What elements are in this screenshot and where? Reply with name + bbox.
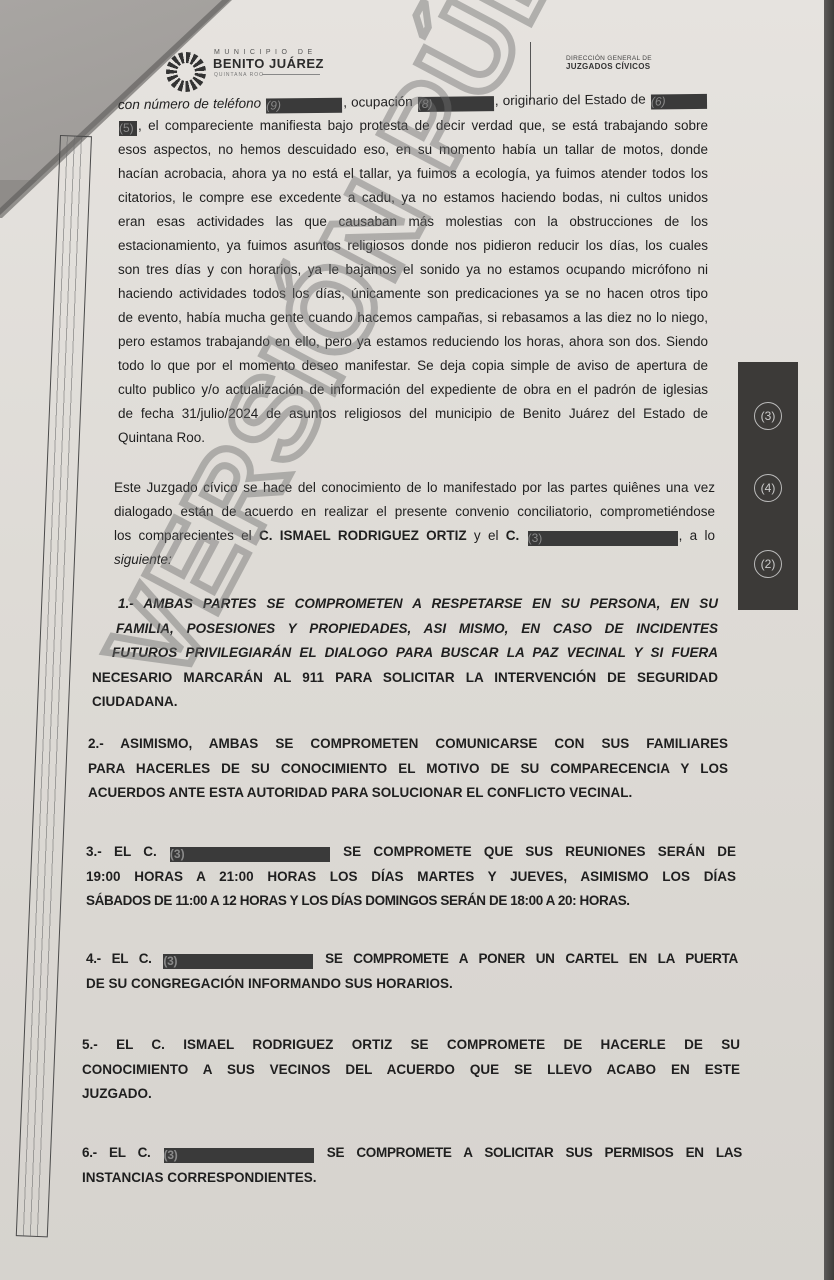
statement-line: hacían acrobacia, ahora ya no está el ta… <box>118 162 708 186</box>
clause-line: CONOCIMIENTO A SUS VECINOS DEL ACUERDO Q… <box>82 1058 740 1083</box>
clause-line: DE SU CONGREGACIÓN INFORMANDO SUS HORARI… <box>86 972 738 997</box>
redaction-party-two: (3) <box>528 531 678 546</box>
statement-line: todo lo que por el momento deseo manifes… <box>118 354 708 378</box>
clause-2: 2.- ASIMISMO, AMBAS SE COMPROMETEN COMUN… <box>88 732 728 806</box>
redaction-name: (3) <box>164 1148 314 1163</box>
margin-mark: (4) <box>754 474 782 502</box>
redaction-origin: (5) <box>119 121 137 136</box>
clause-line: INSTANCIAS CORRESPONDIENTES. <box>82 1166 742 1191</box>
redaction-name: (3) <box>163 954 313 969</box>
clause-line: 5.- EL C. ISMAEL RODRIGUEZ ORTIZ SE COMP… <box>82 1033 740 1058</box>
department-prefix: DIRECCIÓN GENERAL DE <box>566 55 652 62</box>
clause-line: ACUERDOS ANTE ESTA AUTORIDAD PARA SOLUCI… <box>88 781 728 806</box>
clause-line: 6.- EL C. (3) SE COMPROMETE A SOLICITAR … <box>82 1141 742 1166</box>
margin-redaction-block: (3) (4) (2) <box>738 362 798 610</box>
clause-text: SE COMPROMETE QUE SUS REUNIONES SERÁN DE <box>343 844 736 859</box>
clause-prefix: 4.- EL C. <box>86 951 152 966</box>
margin-mark: (2) <box>754 550 782 578</box>
statement-line: con número de teléfono (9), ocupación (8… <box>118 87 708 117</box>
statement-line: esos aspectos, no hemos descuidado eso, … <box>118 138 708 162</box>
clause-line: 19:00 HORAS A 21:00 HORAS LOS DÍAS MARTE… <box>86 865 736 890</box>
intro-text: y el <box>467 528 506 543</box>
clause-line: 2.- ASIMISMO, AMBAS SE COMPROMETEN COMUN… <box>88 732 728 757</box>
clause-line: PARA HACERLES DE SU CONOCIMIENTO EL MOTI… <box>88 757 728 782</box>
clause-text: SE COMPROMETE A SOLICITAR SUS PERMISOS E… <box>327 1145 742 1160</box>
agreement-intro: Este Juzgado cívico se hace del conocimi… <box>114 476 715 572</box>
clause-line: NECESARIO MARCARÁN AL 911 PARA SOLICITAR… <box>92 666 718 691</box>
intro-text: los comparecientes el <box>114 528 259 543</box>
party-one-name: C. ISMAEL RODRIGUEZ ORTIZ <box>259 528 467 543</box>
clause-line: CIUDADANA. <box>92 690 718 715</box>
clause-prefix: 6.- EL C. <box>82 1145 150 1160</box>
redaction-occupation: (8) <box>418 96 494 112</box>
intro-line: dialogado están de acuerdo en realizar e… <box>114 500 715 524</box>
clause-1: 1.- AMBAS PARTES SE COMPROMETEN A RESPET… <box>92 592 718 715</box>
statement-text: , el compareciente manifiesta bajo prote… <box>138 118 708 133</box>
clause-line: JUZGADO. <box>82 1082 740 1107</box>
intro-line: Este Juzgado cívico se hace del conocimi… <box>114 476 715 500</box>
clause-line: 3.- EL C. (3) SE COMPROMETE QUE SUS REUN… <box>86 840 736 865</box>
statement-line: eran esas actividades las que causaban m… <box>118 210 708 234</box>
clause-line: SÁBADOS DE 11:00 A 12 HORAS Y LOS DÍAS D… <box>86 889 736 914</box>
clause-3: 3.- EL C. (3) SE COMPROMETE QUE SUS REUN… <box>86 840 736 914</box>
clause-prefix: 3.- EL C. <box>86 844 157 859</box>
municipality-state: QUINTANA ROO <box>214 72 264 78</box>
statement-line: haciendo actividades todos los días, úni… <box>118 282 708 306</box>
statement-paragraph: con número de teléfono (9), ocupación (8… <box>118 90 708 450</box>
clause-text: SE COMPROMETE A PONER UN CARTEL EN LA PU… <box>325 951 738 966</box>
intro-text: , a lo <box>679 528 715 543</box>
clause-5: 5.- EL C. ISMAEL RODRIGUEZ ORTIZ SE COMP… <box>82 1033 740 1107</box>
redaction-phone: (9) <box>266 98 342 114</box>
text-occupation-label: , ocupación <box>343 94 413 110</box>
statement-line: citatorios, le compre ese excedente a ca… <box>118 186 708 210</box>
statement-line: (5), el compareciente manifiesta bajo pr… <box>118 114 708 138</box>
statement-line: culto publico y/o actualización de infor… <box>118 378 708 402</box>
statement-line: pero estamos trabajando en ello, pero ya… <box>118 330 708 354</box>
text-origin-label: , originario del Estado de <box>495 92 646 109</box>
municipality-logo-icon <box>166 52 206 92</box>
text-phone-label: con número de teléfono <box>118 96 261 112</box>
statement-line: Quintana Roo. <box>118 426 708 450</box>
clause-line: FUTUROS PRIVILEGIARÁN EL DIALOGO PARA BU… <box>92 641 718 666</box>
redaction-name: (3) <box>170 847 330 862</box>
department-name: JUZGADOS CÍVICOS <box>566 62 650 71</box>
statement-line: estacionamiento, ya fuimos asuntos relig… <box>118 234 708 258</box>
statement-line: de evento, había mucha gente cuando hace… <box>118 306 708 330</box>
municipality-prefix: MUNICIPIO DE <box>214 49 317 56</box>
redaction-state: (6) <box>651 94 707 110</box>
statement-line: de fecha 31/julio/2024 de asuntos religi… <box>118 402 708 426</box>
clause-line: FAMILIA, POSESIONES Y PROPIEDADES, ASI M… <box>92 617 718 642</box>
clause-6: 6.- EL C. (3) SE COMPROMETE A SOLICITAR … <box>82 1141 742 1190</box>
intro-line: los comparecientes el C. ISMAEL RODRIGUE… <box>114 524 715 548</box>
party-two-prefix: C. <box>506 528 520 543</box>
clause-4: 4.- EL C. (3) SE COMPROMETE A PONER UN C… <box>86 947 738 996</box>
header-decor-line <box>262 74 320 75</box>
statement-line: son tres días y con horarios, ya le baja… <box>118 258 708 282</box>
intro-line: siguiente: <box>114 548 715 572</box>
clause-line: 1.- AMBAS PARTES SE COMPROMETEN A RESPET… <box>92 592 718 617</box>
margin-mark: (3) <box>754 402 782 430</box>
municipality-name: BENITO JUÁREZ <box>213 56 324 71</box>
clause-line: 4.- EL C. (3) SE COMPROMETE A PONER UN C… <box>86 947 738 972</box>
